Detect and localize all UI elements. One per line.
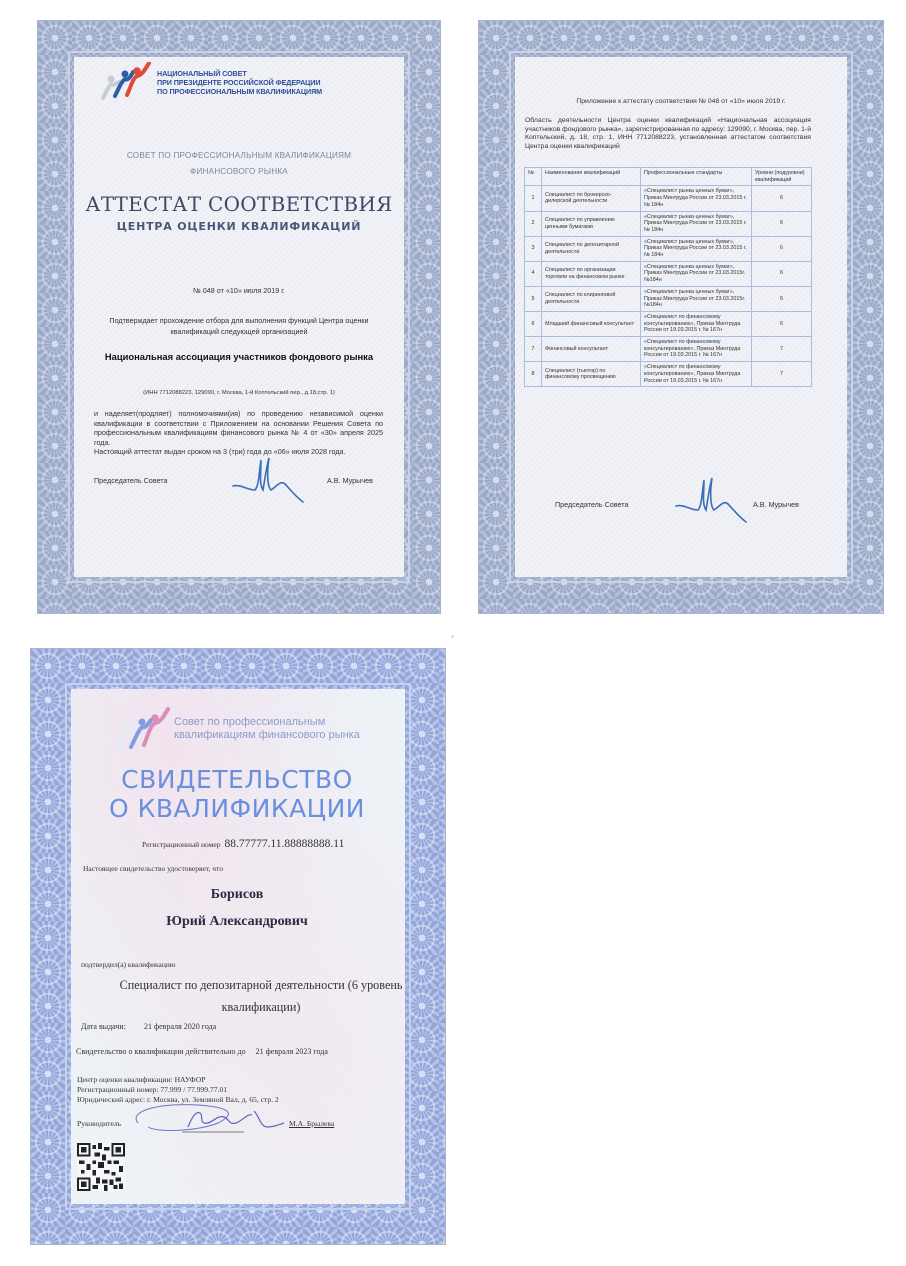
- certifies-text: Настоящее свидетельство удостоверяет, чт…: [83, 864, 223, 873]
- issue-date: Дата выдачи:21 февраля 2020 года: [81, 1022, 216, 1031]
- cell-name: Специалист по брокерско-дилерской деятел…: [542, 186, 641, 211]
- table-header-row: № Наименования квалификаций Профессионал…: [525, 168, 812, 186]
- cell-level: 7: [752, 362, 812, 387]
- cell-level: 6: [752, 286, 812, 311]
- cell-name: Специалист по организации торговли на фи…: [542, 261, 641, 286]
- cell-standard: «Специалист рынка ценных бумаг», Приказ …: [641, 211, 752, 236]
- cell-standard: «Специалист по финансовому консультирова…: [641, 362, 752, 387]
- qr-code-icon[interactable]: [77, 1143, 125, 1191]
- logo-text: Совет по профессиональным квалификациям …: [174, 716, 360, 742]
- signature-icon: [668, 476, 758, 530]
- table-row: 4Специалист по организации торговли на ф…: [525, 261, 812, 286]
- appendix-scope: Область деятельности Центра оценки квали…: [525, 117, 811, 151]
- table-row: 2Специалист по управлению ценными бумага…: [525, 211, 812, 236]
- cell-n: 2: [525, 211, 542, 236]
- certificate-title-line2: О КВАЛИФИКАЦИИ: [60, 794, 414, 823]
- cell-n: 8: [525, 362, 542, 387]
- cell-name: Младший финансовый консультант: [542, 311, 641, 336]
- signature-icon: [118, 1097, 288, 1139]
- cell-level: 6: [752, 211, 812, 236]
- cell-name: Финансовый консультант: [542, 337, 641, 362]
- cell-n: 1: [525, 186, 542, 211]
- table-row: 3Специалист по депозитарной деятельности…: [525, 236, 812, 261]
- holder-surname: Борисов: [60, 887, 414, 903]
- registration-number: Регистрационный номер88.77777.11.8888888…: [142, 838, 344, 850]
- appendix-title: Приложение к аттестату соответствия № 04…: [478, 98, 884, 105]
- certificate-title-line1: СВИДЕТЕЛЬСТВО: [60, 765, 414, 794]
- cell-n: 3: [525, 236, 542, 261]
- cell-name: Специалист (тьютор) по финансовому просв…: [542, 362, 641, 387]
- holder-given-names: Юрий Александрович: [60, 914, 414, 930]
- people-logo-icon: [114, 707, 172, 751]
- qualifications-table: № Наименования квалификаций Профессионал…: [524, 167, 812, 387]
- cell-name: Специалист по клиринговой деятельности: [542, 286, 641, 311]
- cell-n: 5: [525, 286, 542, 311]
- confirmed-text: подтвердил(а) квалификацию: [81, 960, 176, 969]
- table-row: 1Специалист по брокерско-дилерской деяте…: [525, 186, 812, 211]
- cell-standard: «Специалист рынка ценных бумаг», Приказ …: [641, 286, 752, 311]
- cell-n: 4: [525, 261, 542, 286]
- cell-standard: «Специалист рынка ценных бумаг», Приказ …: [641, 261, 752, 286]
- appendix-content: Приложение к аттестату соответствия № 04…: [0, 0, 906, 620]
- cell-level: 6: [752, 186, 812, 211]
- table-row: 7Финансовый консультант«Специалист по фи…: [525, 337, 812, 362]
- cell-standard: «Специалист рынка ценных бумаг», Приказ …: [641, 236, 752, 261]
- qualification-name: Специалист по депозитарной деятельности …: [108, 974, 414, 1018]
- cell-name: Специалист по депозитарной деятельности: [542, 236, 641, 261]
- head-label: Руководитель: [77, 1119, 121, 1128]
- cell-level: 6: [752, 261, 812, 286]
- cell-level: 6: [752, 236, 812, 261]
- cell-name: Специалист по управлению ценными бумагам…: [542, 211, 641, 236]
- cell-n: 7: [525, 337, 542, 362]
- cell-standard: «Специалист рынка ценных бумаг», Приказ …: [641, 186, 752, 211]
- table-row: 6Младший финансовый консультант«Специали…: [525, 311, 812, 336]
- table-row: 5Специалист по клиринговой деятельности«…: [525, 286, 812, 311]
- cell-level: 6: [752, 311, 812, 336]
- cell-level: 7: [752, 337, 812, 362]
- table-row: 8Специалист (тьютор) по финансовому прос…: [525, 362, 812, 387]
- cell-standard: «Специалист по финансовому консультирова…: [641, 311, 752, 336]
- signer-label: Председатель Совета: [555, 500, 628, 509]
- head-name: М.А. Брылева: [289, 1119, 334, 1128]
- signer-name: А.В. Мурычев: [753, 500, 799, 509]
- cell-n: 6: [525, 311, 542, 336]
- financial-council-logo: Совет по профессиональным квалификациям …: [114, 707, 360, 751]
- valid-until: Свидетельство о квалификации действитель…: [76, 1047, 328, 1056]
- cell-standard: «Специалист по финансовому консультирова…: [641, 337, 752, 362]
